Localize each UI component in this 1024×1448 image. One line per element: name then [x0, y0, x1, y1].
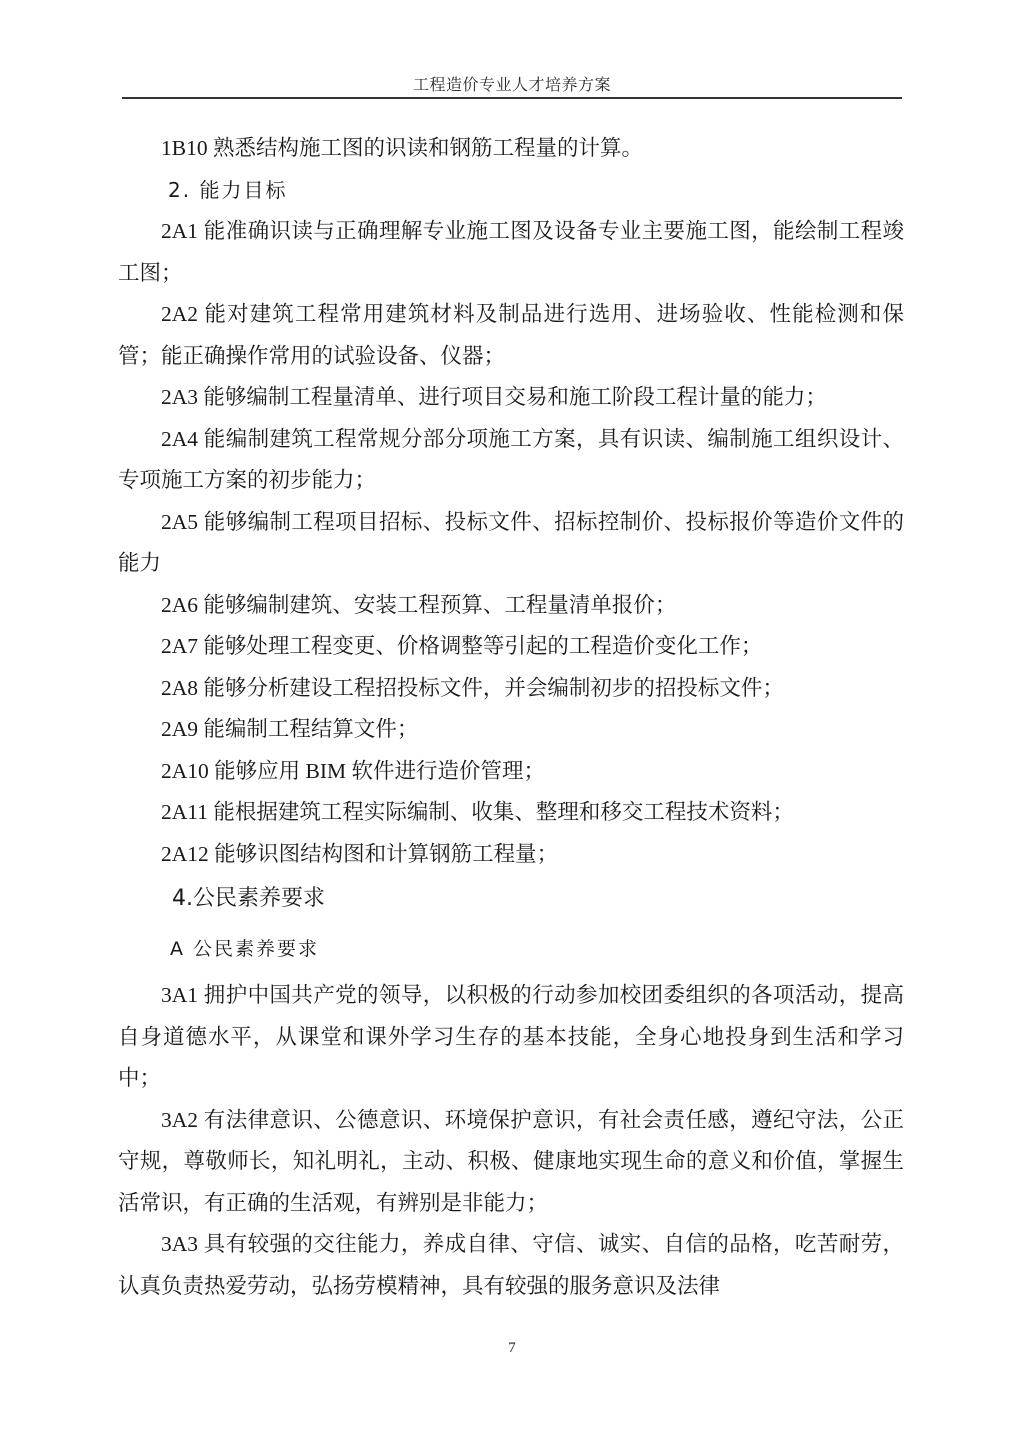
ability-item: 2A9 能编制工程结算文件； — [118, 709, 904, 751]
section-heading-civic-literacy: 4.公民素养要求 — [118, 875, 904, 923]
knowledge-item-1b10: 1B10 熟悉结构施工图的识读和钢筋工程量的计算。 — [118, 128, 904, 170]
ability-item: 2A7 能够处理工程变更、价格调整等引起的工程造价变化工作； — [118, 626, 904, 668]
civic-item: 3A2 有法律意识、公德意识、环境保护意识，有社会责任感，遵纪守法，公正守规，尊… — [118, 1100, 904, 1225]
page-number: 7 — [0, 1340, 1024, 1357]
ability-item: 2A10 能够应用 BIM 软件进行造价管理； — [118, 751, 904, 793]
ability-item: 2A5 能够编制工程项目招标、投标文件、招标控制价、投标报价等造价文件的能力 — [118, 502, 904, 585]
ability-item: 2A3 能够编制工程量清单、进行项目交易和施工阶段工程计量的能力； — [118, 377, 904, 419]
ability-item: 2A2 能对建筑工程常用建筑材料及制品进行选用、进场验收、性能检测和保管；能正确… — [118, 294, 904, 377]
ability-item: 2A6 能够编制建筑、安装工程预算、工程量清单报价； — [118, 585, 904, 627]
running-header: 工程造价专业人才培养方案 — [122, 72, 902, 95]
ability-item: 2A1 能准确识读与正确理解专业施工图及设备专业主要施工图，能绘制工程竣工图； — [118, 211, 904, 294]
subheading-civic-literacy: A 公民素养要求 — [118, 923, 904, 975]
ability-item: 2A12 能够识图结构图和计算钢筋工程量； — [118, 834, 904, 876]
header-divider — [122, 97, 902, 99]
ability-item: 2A8 能够分析建设工程招投标文件，并会编制初步的招投标文件； — [118, 668, 904, 710]
ability-item: 2A11 能根据建筑工程实际编制、收集、整理和移交工程技术资料； — [118, 792, 904, 834]
ability-item: 2A4 能编制建筑工程常规分部分项施工方案，具有识读、编制施工组织设计、专项施工… — [118, 419, 904, 502]
civic-item: 3A3 具有较强的交往能力，养成自律、守信、诚实、自信的品格，吃苦耐劳，认真负责… — [118, 1224, 904, 1307]
document-body: 1B10 熟悉结构施工图的识读和钢筋工程量的计算。 2. 能力目标 2A1 能准… — [118, 128, 904, 1307]
section-heading-ability-goals: 2. 能力目标 — [118, 170, 904, 212]
civic-item: 3A1 拥护中国共产党的领导，以积极的行动参加校团委组织的各项活动，提高自身道德… — [118, 975, 904, 1100]
